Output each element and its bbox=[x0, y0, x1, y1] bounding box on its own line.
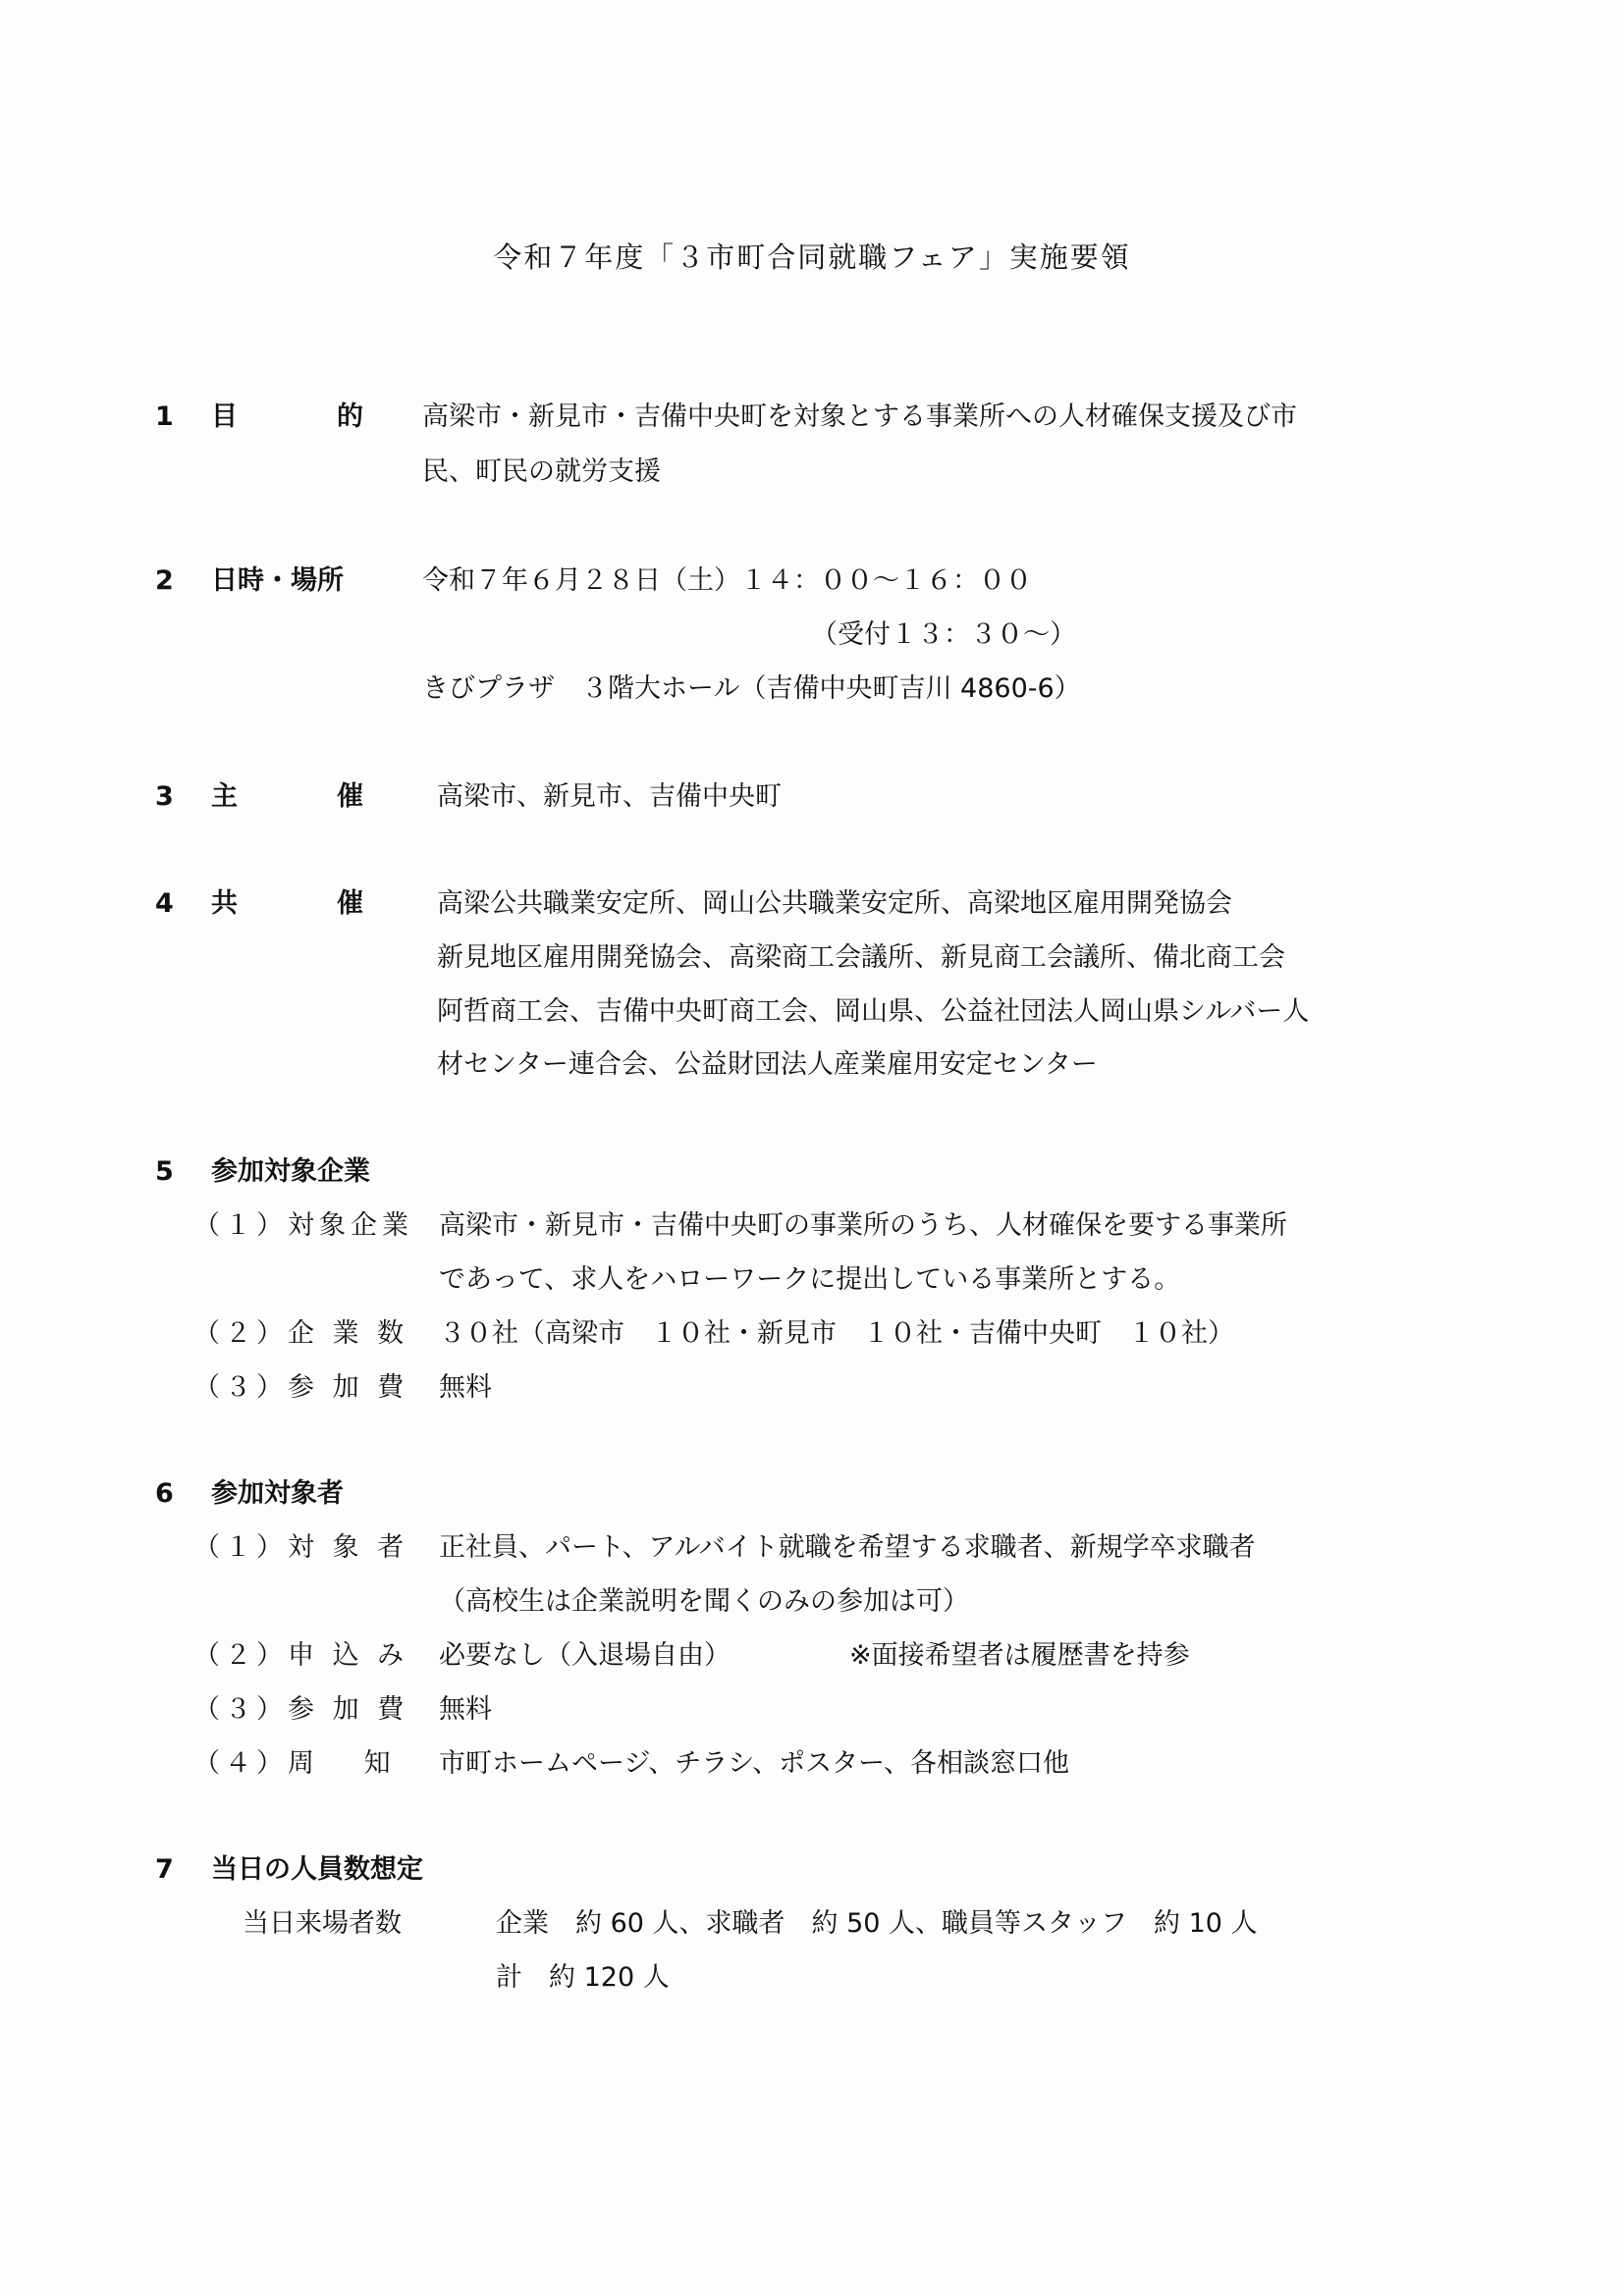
section-heading: 参加対象者 bbox=[211, 1477, 344, 1511]
event-datetime: 令和７年６月２８日（土）１４：００～１６：００ bbox=[422, 564, 1032, 598]
attendance-label: 当日来場者数 bbox=[243, 1907, 402, 1941]
item-text-line: であって、求人をハローワークに提出している事業所とする。 bbox=[439, 1263, 1180, 1297]
section-number: 7 bbox=[155, 1853, 174, 1887]
section-text-line: 高梁市・新見市・吉備中央町を対象とする事業所への人材確保支援及び市 bbox=[422, 400, 1297, 434]
item-label: （２）企 業 数 bbox=[193, 1317, 408, 1351]
item-text-line: 無料 bbox=[439, 1371, 492, 1405]
item-label: （４）周 知 bbox=[193, 1747, 396, 1781]
section-number: 3 bbox=[155, 780, 174, 814]
item-label: （１）対象企業 bbox=[193, 1209, 413, 1243]
section-text-line: 高梁公共職業安定所、岡山公共職業安定所、高梁地区雇用開発協会 bbox=[437, 887, 1232, 921]
item-text-line: （高校生は企業説明を聞くのみの参加は可） bbox=[439, 1585, 969, 1619]
section-number: 5 bbox=[155, 1155, 174, 1189]
section-number: 2 bbox=[155, 564, 174, 598]
section-text-line: 民、町民の就労支援 bbox=[422, 455, 661, 489]
section-heading: 日時・場所 bbox=[211, 564, 344, 598]
item-text-line: 市町ホームページ、チラシ、ポスター、各相談窓口他 bbox=[439, 1747, 1069, 1781]
document-page: 令和７年度「３市町合同就職フェア」実施要領 1 目 的 高梁市・新見市・吉備中央… bbox=[0, 0, 1624, 2296]
item-label: （１）対 象 者 bbox=[193, 1531, 408, 1565]
item-text-line: 必要なし（入退場自由） bbox=[439, 1639, 731, 1673]
item-text-line: ３０社（高梁市 １０社・新見市 １０社・吉備中央町 １０社） bbox=[439, 1317, 1234, 1351]
item-text-line: 無料 bbox=[439, 1693, 492, 1727]
section-heading: 当日の人員数想定 bbox=[211, 1853, 423, 1887]
section-number: 4 bbox=[155, 887, 174, 921]
item-label: （２）申 込 み bbox=[193, 1639, 408, 1673]
attendance-breakdown: 企業 約 60 人、求職者 約 50 人、職員等スタッフ 約 10 人 bbox=[496, 1907, 1258, 1941]
section-number: 6 bbox=[155, 1477, 174, 1511]
attendance-total: 計 約 120 人 bbox=[496, 1961, 670, 1995]
section-number: 1 bbox=[155, 400, 174, 434]
reception-time: （受付１３：３０～） bbox=[811, 618, 1076, 652]
event-venue: きびプラザ ３階大ホール（吉備中央町吉川 4860-6） bbox=[422, 672, 1081, 706]
item-text-line: 高梁市・新見市・吉備中央町の事業所のうち、人材確保を要する事業所 bbox=[439, 1209, 1287, 1243]
section-text-line: 材センター連合会、公益財団法人産業雇用安定センター bbox=[437, 1048, 1098, 1082]
item-label: （３）参 加 費 bbox=[193, 1371, 408, 1405]
section-heading: 参加対象企業 bbox=[211, 1155, 370, 1189]
section-text-line: 新見地区雇用開発協会、高梁商工会議所、新見商工会議所、備北商工会 bbox=[437, 941, 1285, 975]
section-text-line: 阿哲商工会、吉備中央町商工会、岡山県、公益社団法人岡山県シルバー人 bbox=[437, 995, 1309, 1029]
item-text-line: 正社員、パート、アルバイト就職を希望する求職者、新規学卒求職者 bbox=[439, 1531, 1256, 1565]
item-note: ※面接希望者は履歴書を持参 bbox=[849, 1639, 1190, 1673]
item-label: （３）参 加 費 bbox=[193, 1693, 408, 1727]
document-title: 令和７年度「３市町合同就職フェア」実施要領 bbox=[0, 236, 1624, 276]
section-text-line: 高梁市、新見市、吉備中央町 bbox=[437, 780, 782, 814]
